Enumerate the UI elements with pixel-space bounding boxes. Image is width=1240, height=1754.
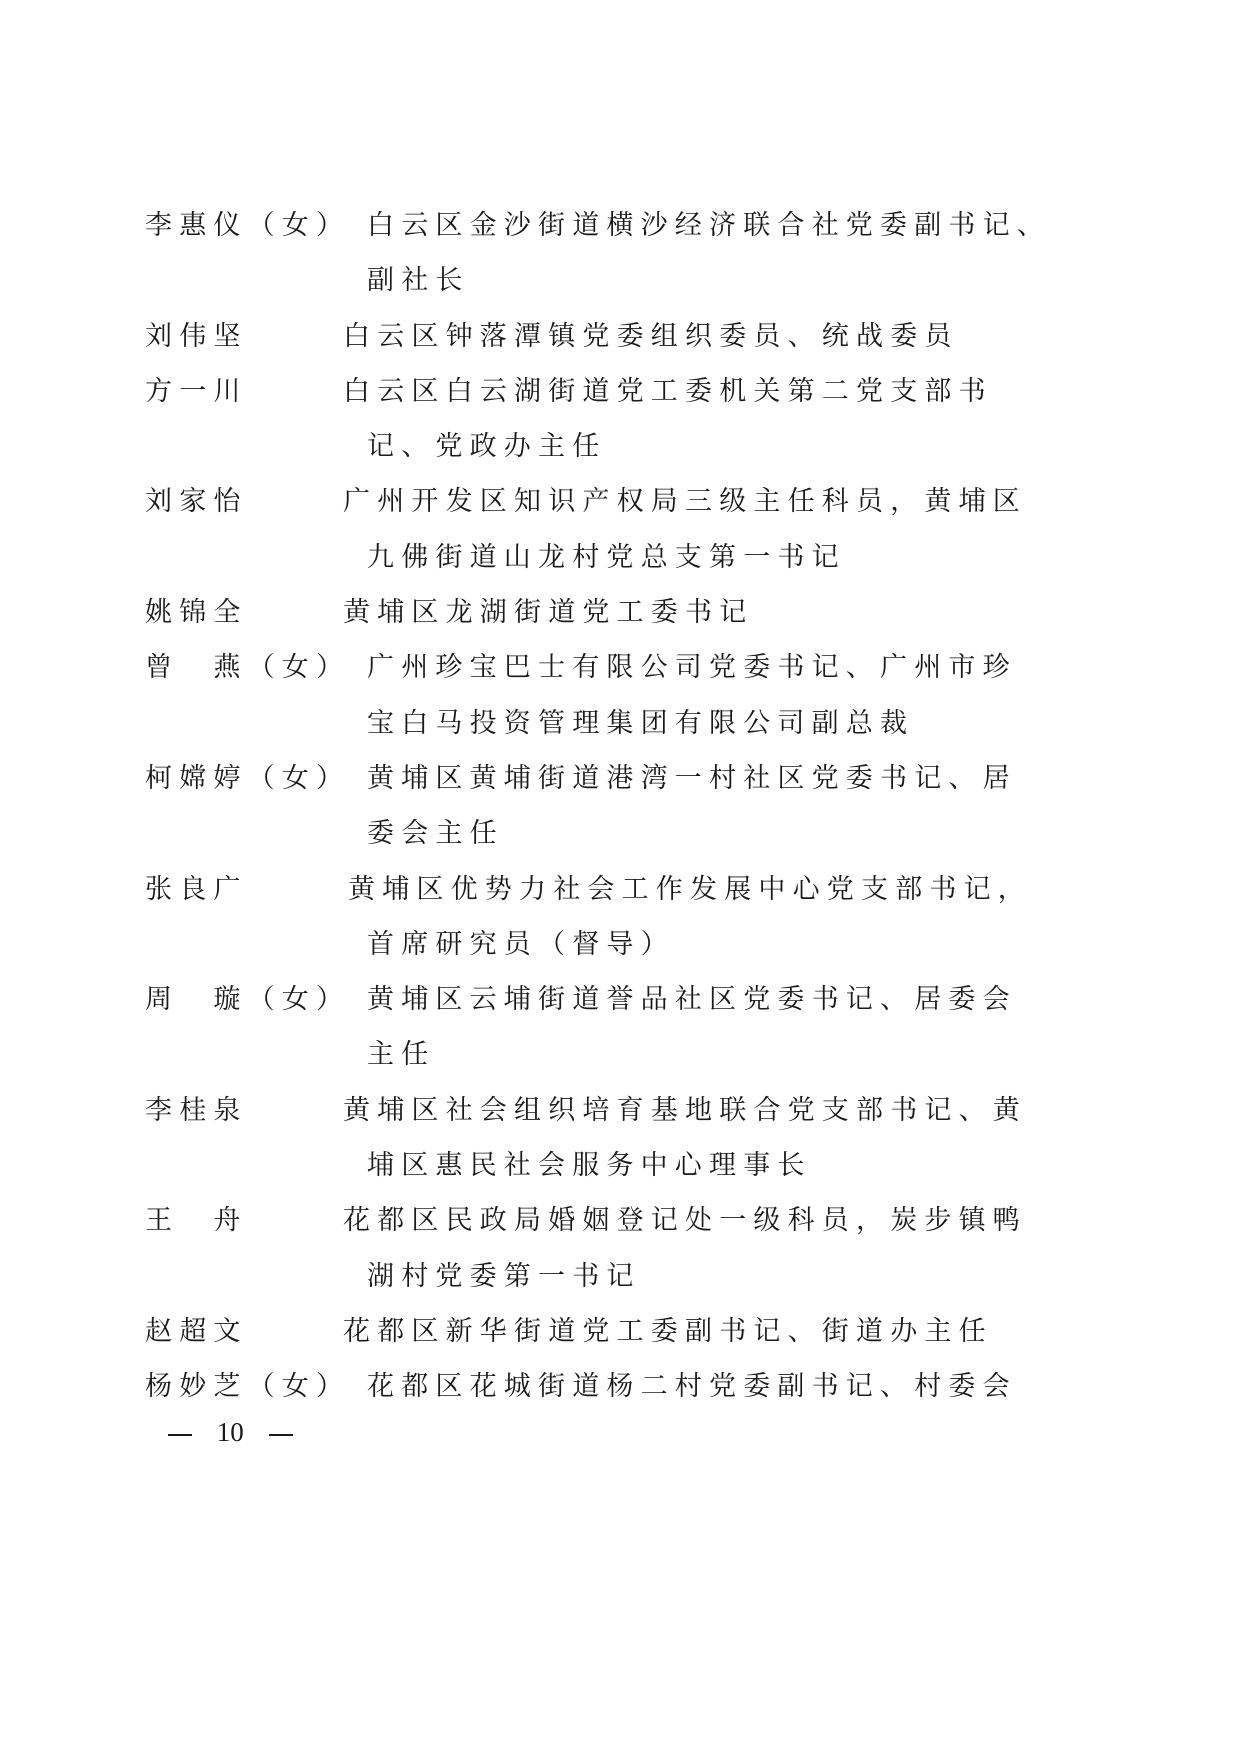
list-item: 姚锦全 黄埔区龙湖街道党工委书记 bbox=[0, 585, 1240, 640]
list-item: 刘伟坚 白云区钟落潭镇党委组织委员、统战委员 bbox=[0, 309, 1240, 364]
honoree-list: 李惠仪（女） 白云区金沙街道横沙经济联合社党委副书记、 副社长 刘伟坚 白云区钟… bbox=[0, 198, 1240, 1415]
person-position: 黄埔区优势力社会工作发展中心党支部书记， bbox=[348, 862, 1032, 917]
person-position: 黄埔区社会组织培育基地联合党支部书记、黄 bbox=[343, 1083, 1027, 1138]
person-name: 方一川 bbox=[145, 364, 248, 419]
list-item: 李惠仪（女） 白云区金沙街道横沙经济联合社党委副书记、 副社长 bbox=[0, 198, 1240, 309]
person-name: 杨妙芝（女） bbox=[145, 1359, 350, 1414]
person-name: 张良广 bbox=[145, 862, 248, 917]
list-item: 张良广 黄埔区优势力社会工作发展中心党支部书记， 首席研究员（督导） bbox=[0, 862, 1240, 973]
person-name: 刘伟坚 bbox=[145, 309, 248, 364]
person-position-continued: 宝白马投资管理集团有限公司副总裁 bbox=[367, 696, 914, 751]
person-position: 黄埔区黄埔街道港湾一村社区党委书记、居 bbox=[367, 751, 1017, 806]
person-position: 花都区新华街道党工委副书记、街道办主任 bbox=[343, 1304, 993, 1359]
person-name: 王 舟 bbox=[145, 1193, 248, 1248]
person-name: 姚锦全 bbox=[145, 585, 248, 640]
list-item: 杨妙芝（女） 花都区花城街道杨二村党委副书记、村委会 bbox=[0, 1359, 1240, 1414]
person-name: 刘家怡 bbox=[145, 474, 248, 529]
page-footer: 10 bbox=[168, 1412, 293, 1452]
person-position: 黄埔区龙湖街道党工委书记 bbox=[343, 585, 753, 640]
person-name: 柯嫦婷（女） bbox=[145, 751, 350, 806]
dash-divider bbox=[168, 1434, 192, 1436]
person-position: 花都区花城街道杨二村党委副书记、村委会 bbox=[367, 1359, 1017, 1414]
person-position: 白云区白云湖街道党工委机关第二党支部书 bbox=[343, 364, 993, 419]
person-position: 广州珍宝巴士有限公司党委书记、广州市珍 bbox=[367, 640, 1017, 695]
list-item: 方一川 白云区白云湖街道党工委机关第二党支部书 记、党政办主任 bbox=[0, 364, 1240, 475]
page-number: 10 bbox=[217, 1412, 244, 1452]
document-page: 李惠仪（女） 白云区金沙街道横沙经济联合社党委副书记、 副社长 刘伟坚 白云区钟… bbox=[0, 0, 1240, 1754]
person-name: 李桂泉 bbox=[145, 1083, 248, 1138]
list-item: 周 璇（女） 黄埔区云埔街道誉品社区党委书记、居委会 主任 bbox=[0, 972, 1240, 1083]
dash-divider bbox=[269, 1434, 293, 1436]
person-position-continued: 委会主任 bbox=[367, 806, 504, 861]
list-item: 刘家怡 广州开发区知识产权局三级主任科员，黄埔区 九佛街道山龙村党总支第一书记 bbox=[0, 474, 1240, 585]
person-position-continued: 主任 bbox=[367, 1027, 435, 1082]
list-item: 曾 燕（女） 广州珍宝巴士有限公司党委书记、广州市珍 宝白马投资管理集团有限公司… bbox=[0, 640, 1240, 751]
person-position: 白云区金沙街道横沙经济联合社党委副书记、 bbox=[367, 198, 1051, 253]
person-position-continued: 湖村党委第一书记 bbox=[367, 1249, 641, 1304]
person-position-continued: 首席研究员（督导） bbox=[367, 917, 675, 972]
person-name: 赵超文 bbox=[145, 1304, 248, 1359]
person-position-continued: 记、党政办主任 bbox=[367, 419, 606, 474]
person-position-continued: 副社长 bbox=[367, 253, 470, 308]
list-item: 王 舟 花都区民政局婚姻登记处一级科员，炭步镇鸭 湖村党委第一书记 bbox=[0, 1193, 1240, 1304]
person-position: 花都区民政局婚姻登记处一级科员，炭步镇鸭 bbox=[343, 1193, 1027, 1248]
list-item: 李桂泉 黄埔区社会组织培育基地联合党支部书记、黄 埔区惠民社会服务中心理事长 bbox=[0, 1083, 1240, 1194]
person-position: 白云区钟落潭镇党委组织委员、统战委员 bbox=[343, 309, 959, 364]
person-position: 黄埔区云埔街道誉品社区党委书记、居委会 bbox=[367, 972, 1017, 1027]
person-name: 曾 燕（女） bbox=[145, 640, 350, 695]
list-item: 赵超文 花都区新华街道党工委副书记、街道办主任 bbox=[0, 1304, 1240, 1359]
person-position: 广州开发区知识产权局三级主任科员，黄埔区 bbox=[343, 474, 1027, 529]
person-name: 周 璇（女） bbox=[145, 972, 350, 1027]
person-name: 李惠仪（女） bbox=[145, 198, 350, 253]
person-position-continued: 埔区惠民社会服务中心理事长 bbox=[367, 1138, 812, 1193]
person-position-continued: 九佛街道山龙村党总支第一书记 bbox=[367, 530, 846, 585]
list-item: 柯嫦婷（女） 黄埔区黄埔街道港湾一村社区党委书记、居 委会主任 bbox=[0, 751, 1240, 862]
